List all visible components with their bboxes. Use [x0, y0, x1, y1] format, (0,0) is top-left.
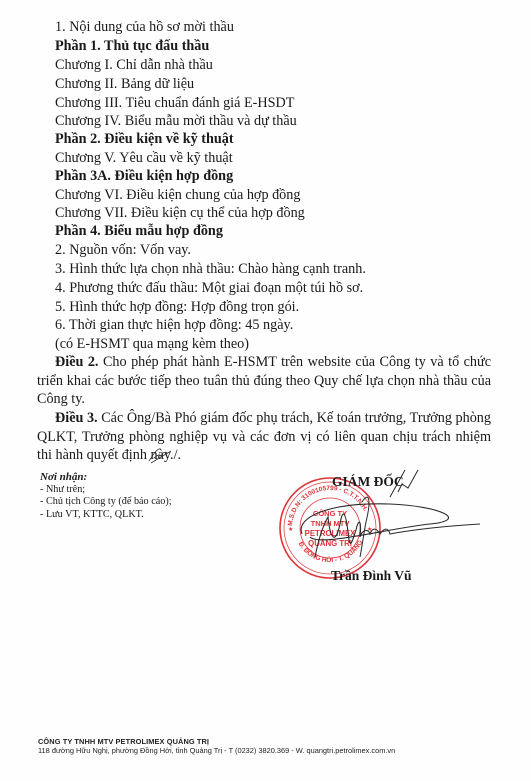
article-3-text: Các Ông/Bà Phó giám đốc phụ trách, Kế to… [37, 410, 491, 463]
recipients-block: Nơi nhận: - Như trên; - Chủ tịch Công ty… [40, 471, 172, 521]
document-page: 1. Nội dung của hồ sơ mời thầu Phần 1. T… [0, 0, 531, 781]
list-item: Chương IV. Biểu mẫu mời thầu và dự thầu [55, 112, 297, 130]
list-item: 4. Phương thức đấu thầu: Một giai đoạn m… [55, 279, 363, 297]
section-heading: Phần 3A. Điều kiện hợp đồng [55, 167, 233, 185]
list-item: Chương VII. Điều kiện cụ thể của hợp đồn… [55, 204, 305, 222]
footer-address: 118 đường Hữu Nghị, phường Đồng Hới, tỉn… [38, 746, 395, 755]
article-2-label: Điều 2. [55, 354, 98, 370]
signer-name: Trần Đình Vũ [331, 568, 412, 584]
list-item: Chương III. Tiêu chuẩn đánh giá E-HSDT [55, 94, 294, 112]
recipients-title: Nơi nhận: [40, 471, 172, 484]
article-2: Điều 2. Cho phép phát hành E-HSMT trên w… [37, 353, 491, 409]
list-item: Chương VI. Điều kiện chung của hợp đồng [55, 186, 300, 204]
list-item: (có E-HSMT qua mạng kèm theo) [55, 335, 249, 353]
article-3-label: Điều 3. [55, 410, 98, 426]
initial-signature-icon [147, 446, 173, 464]
article-2-text: Cho phép phát hành E-HSMT trên website c… [37, 354, 491, 407]
recipient-item: - Như trên; [40, 484, 172, 497]
list-item: 3. Hình thức lựa chọn nhà thầu: Chào hàn… [55, 260, 366, 278]
recipient-item: - Lưu VT, KTTC, QLKT. [40, 509, 172, 522]
article-3: Điều 3. Các Ông/Bà Phó giám đốc phụ trác… [37, 409, 491, 465]
footer-company-name: CÔNG TY TNHH MTV PETROLIMEX QUẢNG TRỊ [38, 737, 209, 746]
list-item: 5. Hình thức hợp đồng: Hợp đồng trọn gói… [55, 298, 299, 316]
section-heading: Phần 4. Biểu mẫu hợp đồng [55, 222, 223, 240]
list-item: 6. Thời gian thực hiện hợp đồng: 45 ngày… [55, 316, 293, 334]
section-heading: Phần 1. Thủ tục đấu thầu [55, 37, 209, 55]
list-item: Chương II. Bảng dữ liệu [55, 75, 194, 93]
list-item: Chương V. Yêu cầu về kỹ thuật [55, 149, 233, 167]
recipient-item: - Chủ tịch Công ty (để báo cáo); [40, 496, 172, 509]
section-heading: Phần 2. Điều kiện về kỹ thuật [55, 130, 234, 148]
list-item: Chương I. Chỉ dẫn nhà thầu [55, 56, 213, 74]
list-item: 2. Nguồn vốn: Vốn vay. [55, 241, 191, 259]
list-item: 1. Nội dung của hồ sơ mời thầu [55, 18, 234, 36]
signature-icon [290, 462, 490, 572]
